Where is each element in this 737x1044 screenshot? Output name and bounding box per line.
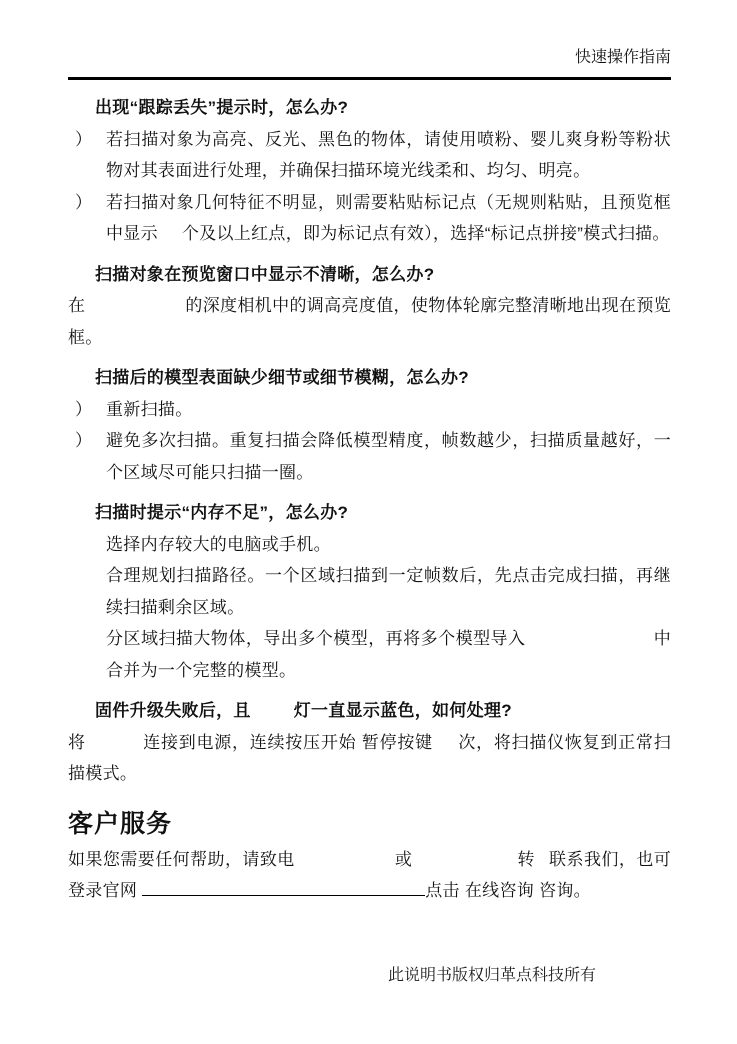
list-marker: ） (75, 124, 92, 156)
text-run: 转 (517, 850, 535, 869)
text-run: 避免多次扫描。重复扫描会降低模型精度，帧数越少，扫描质量越好，一个区域尽可能只扫… (106, 431, 671, 482)
paragraph: 将连接到电源，连续按压开始 暂停按键次，将扫描仪恢复到正常扫描模式。 (68, 727, 671, 790)
list-marker: ） (75, 394, 92, 426)
faq-question: 出现“跟踪丢失”提示时，怎么办? (68, 92, 671, 124)
text-run: 分区域扫描大物体，导出多个模型，再将多个模型导入 (106, 629, 526, 648)
faq-bullet-item: ）重新扫描。 (68, 394, 671, 426)
faq-bullet-item: ）避免多次扫描。重复扫描会降低模型精度，帧数越少，扫描质量越好，一个区域尽可能只… (68, 425, 671, 488)
faq-question: 扫描后的模型表面缺少细节或细节模糊，怎么办? (68, 362, 671, 394)
text-run: 扫描后的模型表面缺少细节或细节模糊，怎么办? (95, 368, 469, 387)
document-page: { "page": { "header_title": "快速操作指南", "c… (0, 0, 737, 1044)
text-run: 连接到电源，连续按压开始 暂停按键 (143, 733, 433, 752)
text-run: 的深度相机中的调高亮度值，使物体轮廓完整清晰地出现在预览框。 (68, 296, 671, 347)
text-run: 客户服务 (68, 810, 172, 838)
faq-question: 固件升级失败后，且灯一直显示蓝色，如何处理? (68, 695, 671, 727)
text-run: 个及以上红点，即为标记点有效），选择“标记点拼接”模式扫描。 (182, 224, 670, 243)
paragraph-indented: 分区域扫描大物体，导出多个模型，再将多个模型导入中合并为一个完整的模型。 (68, 623, 671, 686)
faq-question: 扫描对象在预览窗口中显示不清晰，怎么办? (68, 259, 671, 291)
text-run: 出现“跟踪丢失”提示时，怎么办? (95, 98, 348, 117)
header-title: 快速操作指南 (575, 49, 671, 66)
text-run: 选择内存较大的电脑或手机。 (106, 535, 331, 554)
text-run: 扫描对象在预览窗口中显示不清晰，怎么办? (95, 265, 434, 284)
text-run: 合理规划扫描路径。一个区域扫描到一定帧数后，先点击完成扫描，再继续扫描剩余区域。 (106, 566, 671, 617)
faq-bullet-item: ）若扫描对象几何特征不明显，则需要粘贴标记点（无规则粘贴，且预览框中显示个及以上… (68, 187, 671, 250)
list-marker: ） (75, 425, 92, 457)
text-run: 若扫描对象为高亮、反光、黑色的物体，请使用喷粉、婴儿爽身粉等粉状物对其表面进行处… (106, 130, 671, 181)
page-body: 快速操作指南 出现“跟踪丢失”提示时，怎么办?）若扫描对象为高亮、反光、黑色的物… (68, 0, 671, 907)
text-run: 如果您需要任何帮助，请致电 (68, 850, 295, 869)
text-run: 固件升级失败后，且 (95, 701, 251, 720)
text-run: 灯一直显示蓝色，如何处理? (294, 701, 512, 720)
copyright-note: 此说明书版权归革点科技所有 (388, 966, 596, 986)
list-marker: ） (75, 187, 92, 219)
faq-bullet-item: ）若扫描对象为高亮、反光、黑色的物体，请使用喷粉、婴儿爽身粉等粉状物对其表面进行… (68, 124, 671, 187)
paragraph-indented: 合理规划扫描路径。一个区域扫描到一定帧数后，先点击完成扫描，再继续扫描剩余区域。 (68, 560, 671, 623)
page-header: 快速操作指南 (68, 0, 671, 68)
faq-content: 出现“跟踪丢失”提示时，怎么办?）若扫描对象为高亮、反光、黑色的物体，请使用喷粉… (68, 80, 671, 907)
text-run: 扫描时提示“内存不足”，怎么办? (95, 503, 348, 522)
section-title: 客户服务 (68, 807, 671, 841)
paragraph-indented: 选择内存较大的电脑或手机。 (68, 529, 671, 561)
text-run: 在 (68, 296, 85, 315)
text-run: 重新扫描。 (106, 400, 193, 419)
text-run: 点击 在线咨询 咨询。 (425, 881, 591, 900)
text-run: 或 (395, 850, 413, 869)
faq-question: 扫描时提示“内存不足”，怎么办? (68, 497, 671, 529)
text-run: 将 (68, 733, 86, 752)
paragraph: 在的深度相机中的调高亮度值，使物体轮廓完整清晰地出现在预览框。 (68, 290, 671, 353)
paragraph: 如果您需要任何帮助，请致电或转联系我们，也可登录官网 点击 在线咨询 咨询。 (68, 844, 671, 907)
blank-underline (142, 880, 425, 896)
